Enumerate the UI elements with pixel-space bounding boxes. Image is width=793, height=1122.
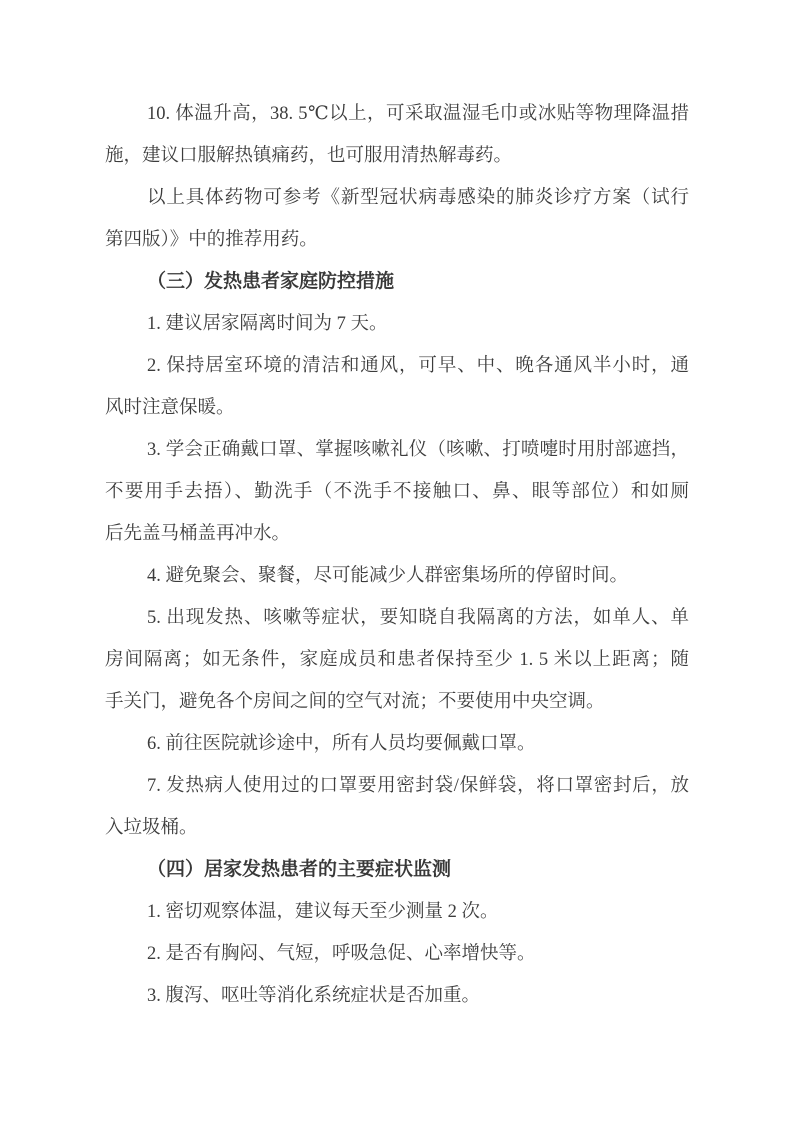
document-page: 10. 体温升高，38. 5℃以上，可采取温湿毛巾或冰贴等物理降温措施，建议口服… <box>0 0 793 1122</box>
body-paragraph: 5. 出现发热、咳嗽等症状，要知晓自我隔离的方法，如单人、单房间隔离；如无条件，… <box>105 597 689 723</box>
text-line: 房间隔离；如无条件，家庭成员和患者保持至少 1. 5 米以上距离；随 <box>105 639 689 681</box>
text-line: 3. 学会正确戴口罩、掌握咳嗽礼仪（咳嗽、打喷嚏时用肘部遮挡， <box>105 429 689 471</box>
text-line: 10. 体温升高，38. 5℃以上，可采取温湿毛巾或冰贴等物理降温措 <box>105 93 689 135</box>
text-line: 后先盖马桶盖再冲水。 <box>105 513 689 555</box>
body-paragraph: 3. 学会正确戴口罩、掌握咳嗽礼仪（咳嗽、打喷嚏时用肘部遮挡，不要用手去捂）、勤… <box>105 429 689 555</box>
text-line: 风时注意保暖。 <box>105 387 689 429</box>
body-paragraph: 2. 保持居室环境的清洁和通风，可早、中、晚各通风半小时，通风时注意保暖。 <box>105 345 689 429</box>
text-line: 第四版）》中的推荐用药。 <box>105 219 689 261</box>
text-line: 入垃圾桶。 <box>105 807 689 849</box>
text-line: 施，建议口服解热镇痛药，也可服用清热解毒药。 <box>105 135 689 177</box>
text-line: 以上具体药物可参考《新型冠状病毒感染的肺炎诊疗方案（试行 <box>105 177 689 219</box>
body-paragraph: 4. 避免聚会、聚餐，尽可能减少人群密集场所的停留时间。 <box>105 555 689 597</box>
text-line: 1. 密切观察体温，建议每天至少测量 2 次。 <box>105 891 689 933</box>
body-paragraph: 1. 密切观察体温，建议每天至少测量 2 次。 <box>105 891 689 933</box>
body-paragraph: 7. 发热病人使用过的口罩要用密封袋/保鲜袋，将口罩密封后，放入垃圾桶。 <box>105 765 689 849</box>
text-line: 手关门，避免各个房间之间的空气对流；不要使用中央空调。 <box>105 681 689 723</box>
section-heading: （四）居家发热患者的主要症状监测 <box>105 849 689 891</box>
text-line: 7. 发热病人使用过的口罩要用密封袋/保鲜袋，将口罩密封后，放 <box>105 765 689 807</box>
text-line: 2. 是否有胸闷、气短，呼吸急促、心率增快等。 <box>105 933 689 975</box>
text-line: 1. 建议居家隔离时间为 7 天。 <box>105 303 689 345</box>
section-heading: （三）发热患者家庭防控措施 <box>105 261 689 303</box>
text-line: 6. 前往医院就诊途中，所有人员均要佩戴口罩。 <box>105 723 689 765</box>
body-paragraph: 10. 体温升高，38. 5℃以上，可采取温湿毛巾或冰贴等物理降温措施，建议口服… <box>105 93 689 177</box>
text-line: 5. 出现发热、咳嗽等症状，要知晓自我隔离的方法，如单人、单 <box>105 597 689 639</box>
body-paragraph: 2. 是否有胸闷、气短，呼吸急促、心率增快等。 <box>105 933 689 975</box>
body-paragraph: 1. 建议居家隔离时间为 7 天。 <box>105 303 689 345</box>
text-line: 2. 保持居室环境的清洁和通风，可早、中、晚各通风半小时，通 <box>105 345 689 387</box>
text-line: （四）居家发热患者的主要症状监测 <box>105 849 689 891</box>
text-line: 3. 腹泻、呕吐等消化系统症状是否加重。 <box>105 975 689 1017</box>
text-line: 4. 避免聚会、聚餐，尽可能减少人群密集场所的停留时间。 <box>105 555 689 597</box>
body-paragraph: 6. 前往医院就诊途中，所有人员均要佩戴口罩。 <box>105 723 689 765</box>
text-line: （三）发热患者家庭防控措施 <box>105 261 689 303</box>
body-paragraph: 以上具体药物可参考《新型冠状病毒感染的肺炎诊疗方案（试行第四版）》中的推荐用药。 <box>105 177 689 261</box>
text-line: 不要用手去捂）、勤洗手（不洗手不接触口、鼻、眼等部位）和如厕 <box>105 471 689 513</box>
body-paragraph: 3. 腹泻、呕吐等消化系统症状是否加重。 <box>105 975 689 1017</box>
